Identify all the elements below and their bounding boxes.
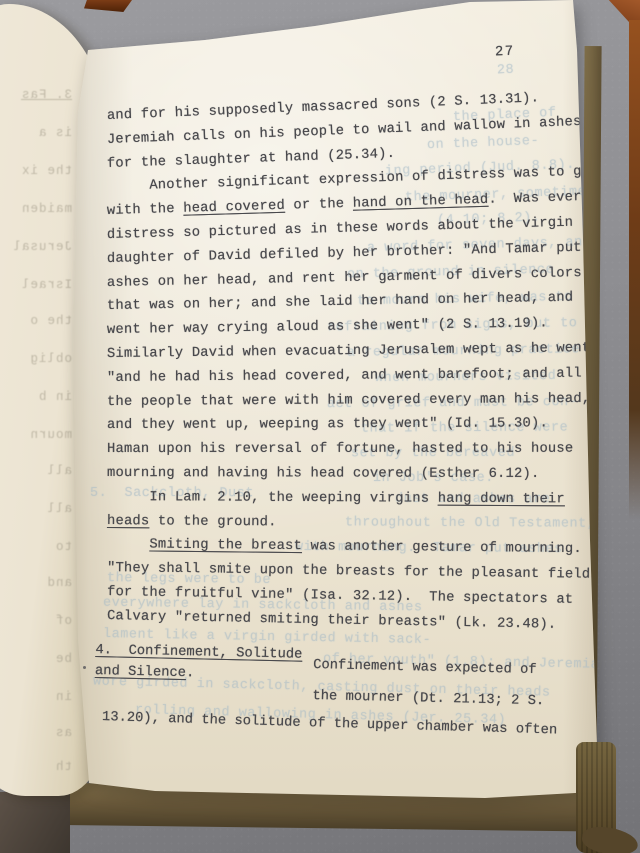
text-segment: was another gesture of mourning. <box>302 539 582 557</box>
section-heading-line2-text: and Silence <box>95 664 186 681</box>
section-heading-period: . <box>186 666 195 681</box>
body-line: the people that were with him covered ev… <box>107 387 595 414</box>
text-segment: Calvary "returned smiting their breasts"… <box>107 609 557 633</box>
text-segment: and they went up, weeping as they went" … <box>107 417 548 434</box>
text-segment: "They shall smite upon the breasts for t… <box>107 561 607 583</box>
text-segment: Similarly David when evacuating Jerusale… <box>107 341 599 362</box>
text-segment: In Lam. 2.10, the weeping virgins <box>107 490 438 507</box>
text-segment: the people that were with him covered ev… <box>107 391 590 409</box>
text-segment: to the ground. <box>149 514 276 530</box>
body-line: In Lam. 2.10, the weeping virgins hang d… <box>107 486 595 512</box>
text-segment: for the fruitful vine" (Isa. 32.12). The… <box>107 585 574 608</box>
text-segment: or the <box>285 197 353 214</box>
text-segment: with the <box>107 202 184 219</box>
body-line: Haman upon his reversal of fortune, hast… <box>107 438 595 462</box>
underlined-phrase: Smiting the breast <box>149 538 302 555</box>
text-segment: . Was ever <box>488 190 582 208</box>
book-cover-right-shadow <box>629 20 640 520</box>
underlined-phrase: hang down their <box>438 491 565 507</box>
body-line: and they went up, weeping as they went" … <box>107 413 595 439</box>
page-number: 27 <box>495 44 515 61</box>
paper-surface: 28the place ofon the house-ing period (J… <box>55 0 607 812</box>
section-heading-line1-text: 4. Confinement, Solitude <box>95 643 302 663</box>
ghost-fragment: 28 <box>497 63 515 79</box>
text-segment: that was on her; and she laid her hand o… <box>107 291 574 314</box>
section-heading-block: 4. Confinement, Solitude and Silence. Co… <box>94 641 575 708</box>
photo-scene: 3. Fasis athe ixmaidenJerusalIsraelthe o… <box>0 0 640 853</box>
text-segment <box>107 537 150 552</box>
text-segment: Haman upon his reversal of fortune, hast… <box>107 442 573 457</box>
underlined-phrase: head covered <box>183 199 285 217</box>
section-paragraph: Confinement was expected of the mourner … <box>312 651 545 717</box>
stray-ink-mark <box>83 666 86 669</box>
document-page: 28the place ofon the house-ing period (J… <box>55 0 607 812</box>
binding-tassel <box>576 742 616 853</box>
text-segment: "and he had his head covered, and went b… <box>107 366 582 385</box>
text-segment: went her way crying aloud as she went" (… <box>107 317 548 339</box>
section-paragraph-line2: the mourner (Dt. 21.13; 2 S. <box>312 681 544 717</box>
section-paragraph-line1: Confinement was expected of <box>313 651 545 687</box>
body-line: "and he had his head covered, and went b… <box>107 362 595 390</box>
body-line: mourning and having his head covered (Es… <box>107 462 595 487</box>
body-text: and for his supposedly massacred sons (2… <box>107 105 595 629</box>
text-segment: mourning and having his head covered (Es… <box>107 466 540 482</box>
underlined-phrase: hand on the head <box>353 193 489 212</box>
underlined-phrase: heads <box>107 514 150 529</box>
